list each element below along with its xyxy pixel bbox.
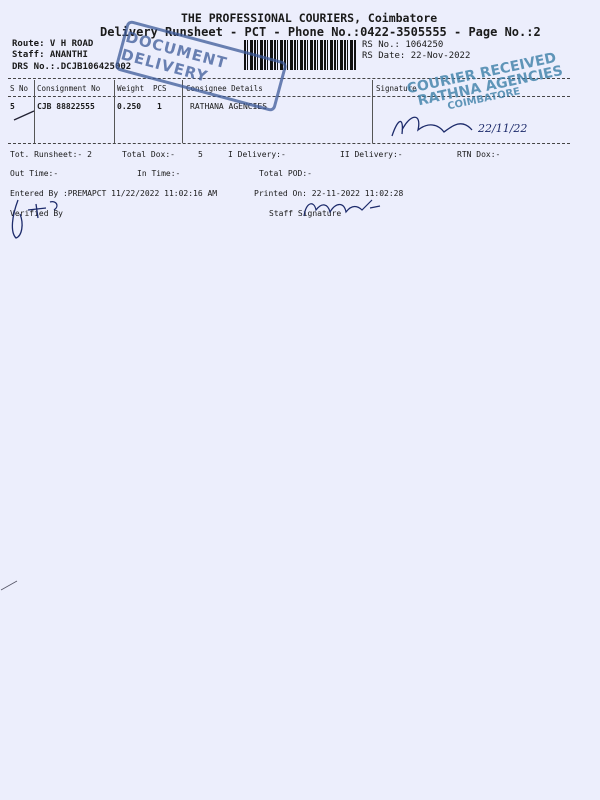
rtn-dox: RTN Dox:- [457,150,500,159]
row-consignment-no: CJB 88822555 [37,102,95,111]
verifier-signature [6,196,76,242]
handwritten-date: 22/11/22 [477,122,527,135]
col-header-weight: Weight [117,84,144,93]
drs-number: DRS No.:.DCJB106425002 [12,62,131,72]
total-dox-value: 5 [198,150,203,159]
col-header-pcs: PCS [153,84,167,93]
staff-label: Staff: ANANTHI [12,50,88,60]
out-time: Out Time:- [10,169,58,178]
col-header-consignment: Consignment No [37,84,100,93]
staff-signature [300,196,390,220]
stray-mark [0,578,20,592]
tot-runsheet: Tot. Runsheet:- 2 [10,150,92,159]
col-separator [182,80,183,143]
total-dox-label: Total Dox:- [122,150,175,159]
ii-delivery: II Delivery:- [340,150,403,159]
row-pcs: 1 [157,102,162,111]
col-separator [114,80,115,143]
i-delivery: I Delivery:- [228,150,286,159]
company-title: THE PROFESSIONAL COURIERS, Coimbatore [181,11,437,25]
in-time: In Time:- [137,169,180,178]
row-weight: 0.250 [117,102,141,111]
route-label: Route: V H ROAD [12,39,93,49]
rs-number: RS No.: 1064250 [362,40,443,50]
rs-date: RS Date: 22-Nov-2022 [362,51,470,61]
total-pod: Total POD:- [259,169,312,178]
receiver-signature: 22/11/22 [388,108,528,144]
tick-mark [12,108,38,122]
col-header-sno: S No [10,84,28,93]
col-separator [372,80,373,143]
